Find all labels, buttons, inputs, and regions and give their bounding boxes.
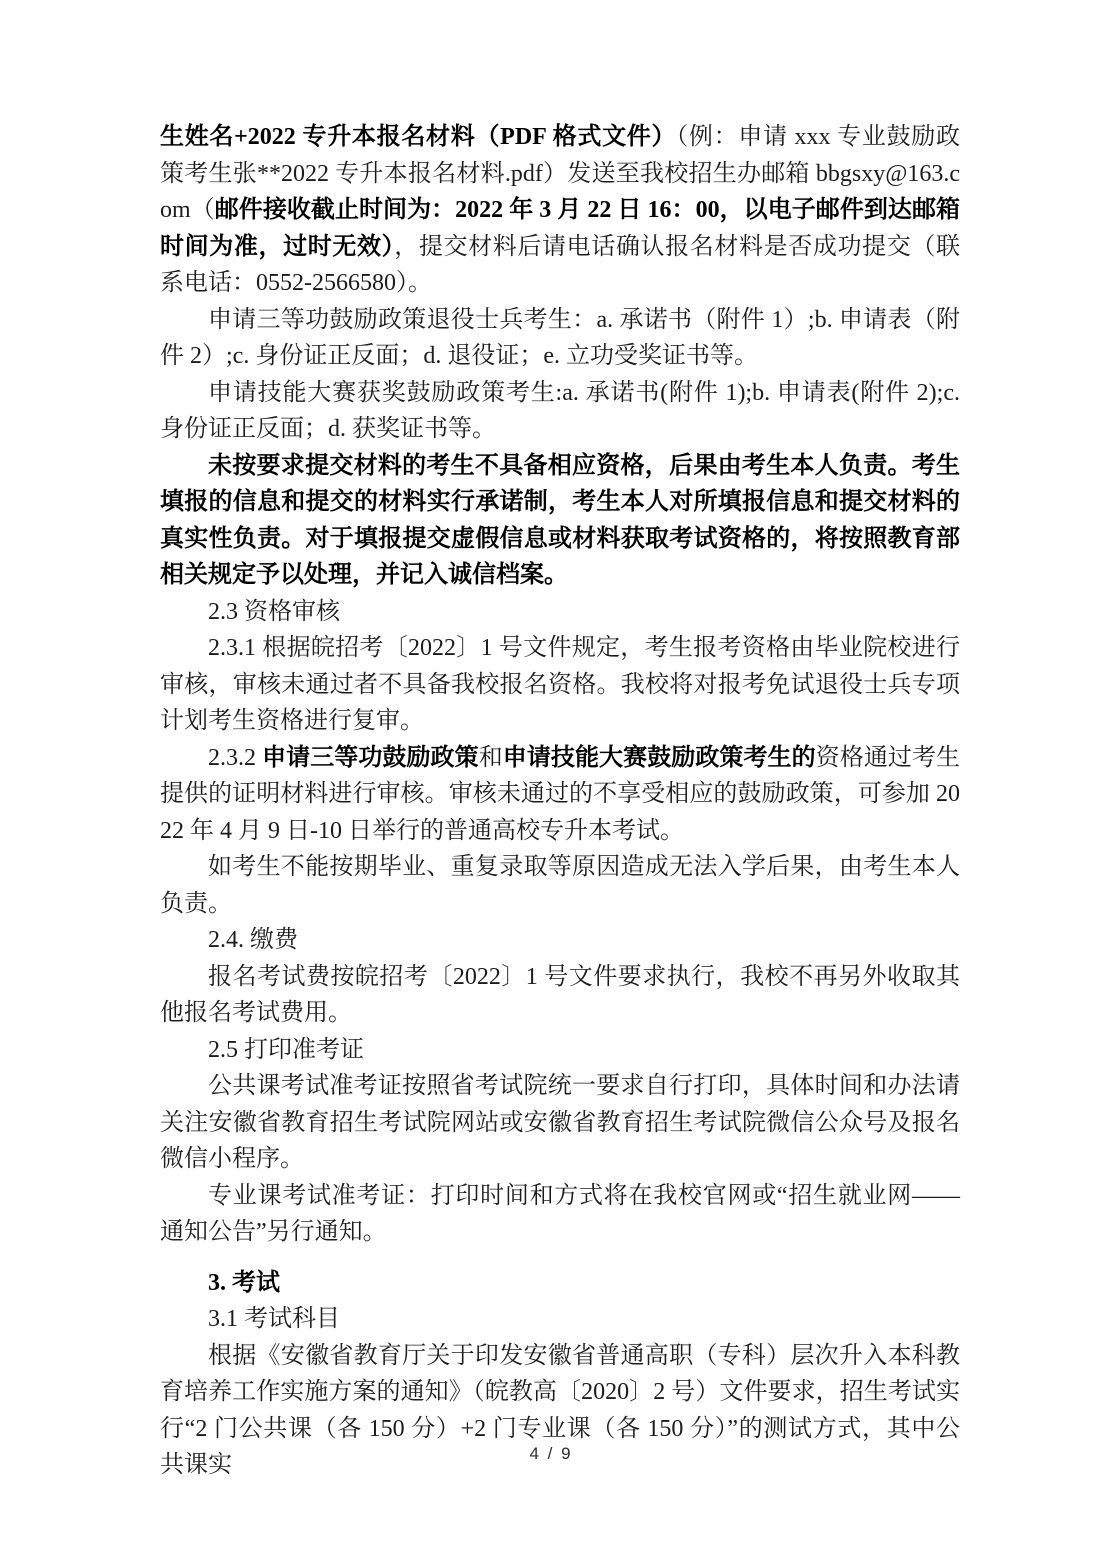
paragraph: 3.1 考试科目 xyxy=(160,1301,960,1338)
text-run: 2.4. 缴费 xyxy=(208,927,298,953)
paragraph: 2.4. 缴费 xyxy=(160,922,960,959)
paragraph: 如考生不能按期毕业、重复录取等原因造成无法入学后果，由考生本人负责。 xyxy=(160,849,960,922)
paragraph: 2.5 打印准考证 xyxy=(160,1032,960,1069)
text-run: 2.5 打印准考证 xyxy=(208,1037,364,1063)
page-footer: 4 / 9 xyxy=(0,1444,1102,1464)
document-body: 生姓名+2022 专升本报名材料（PDF 格式文件）（例：申请 xxx 专业鼓励… xyxy=(160,119,960,1484)
text-run: 2.3.1 根据皖招考〔2022〕1 号文件规定，考生报考资格由毕业院校进行审核… xyxy=(160,635,960,734)
bold-text-run: 生姓名+2022 专升本报名材料（PDF 格式文件） xyxy=(160,124,676,150)
document-page: 生姓名+2022 专升本报名材料（PDF 格式文件）（例：申请 xxx 专业鼓励… xyxy=(0,0,1102,1559)
paragraph: 2.3 资格审核 xyxy=(160,594,960,631)
paragraph: 2.3.2 申请三等功鼓励政策和申请技能大赛鼓励政策考生的资格通过考生提供的证明… xyxy=(160,740,960,850)
paragraph: 报名考试费按皖招考〔2022〕1 号文件要求执行，我校不再另外收取其他报名考试费… xyxy=(160,959,960,1032)
text-run: 如考生不能按期毕业、重复录取等原因造成无法入学后果，由考生本人负责。 xyxy=(160,854,960,917)
bold-text-run: 3. 考试 xyxy=(208,1270,280,1296)
paragraph: 2.3.1 根据皖招考〔2022〕1 号文件规定，考生报考资格由毕业院校进行审核… xyxy=(160,630,960,740)
text-run: 2.3 资格审核 xyxy=(208,599,340,625)
text-run: 申请三等功鼓励政策退役士兵考生：a. 承诺书（附件 1）;b. 申请表（附件 2… xyxy=(160,307,960,370)
text-run: 3.1 考试科目 xyxy=(208,1306,340,1332)
paragraph: 未按要求提交材料的考生不具备相应资格，后果由考生本人负责。考生填报的信息和提交的… xyxy=(160,448,960,594)
paragraph: 公共课考试准考证按照省考试院统一要求自行打印，具体时间和办法请关注安徽省教育招生… xyxy=(160,1068,960,1178)
bold-text-run: 申请技能大赛鼓励政策考生的 xyxy=(503,745,816,771)
text-run: 公共课考试准考证按照省考试院统一要求自行打印，具体时间和办法请关注安徽省教育招生… xyxy=(160,1073,960,1172)
bold-text-run: 未按要求提交材料的考生不具备相应资格，后果由考生本人负责。考生填报的信息和提交的… xyxy=(160,453,960,589)
paragraph: 申请三等功鼓励政策退役士兵考生：a. 承诺书（附件 1）;b. 申请表（附件 2… xyxy=(160,302,960,375)
text-run: 申请技能大赛获奖鼓励政策考生:a. 承诺书(附件 1);b. 申请表(附件 2)… xyxy=(160,380,960,443)
text-run: 专业课考试准考证：打印时间和方式将在我校官网或“招生就业网——通知公告”另行通知… xyxy=(160,1183,960,1246)
paragraph: 专业课考试准考证：打印时间和方式将在我校官网或“招生就业网——通知公告”另行通知… xyxy=(160,1178,960,1251)
text-run: 和 xyxy=(479,745,503,771)
bold-text-run: 申请三等功鼓励政策 xyxy=(262,745,479,771)
text-run: 2.3.2 xyxy=(208,745,262,771)
section-heading: 3. 考试 xyxy=(160,1265,960,1302)
paragraph: 生姓名+2022 专升本报名材料（PDF 格式文件）（例：申请 xxx 专业鼓励… xyxy=(160,119,960,302)
text-run: 报名考试费按皖招考〔2022〕1 号文件要求执行，我校不再另外收取其他报名考试费… xyxy=(160,964,960,1027)
page-number: 4 / 9 xyxy=(529,1444,572,1463)
paragraph: 申请技能大赛获奖鼓励政策考生:a. 承诺书(附件 1);b. 申请表(附件 2)… xyxy=(160,375,960,448)
